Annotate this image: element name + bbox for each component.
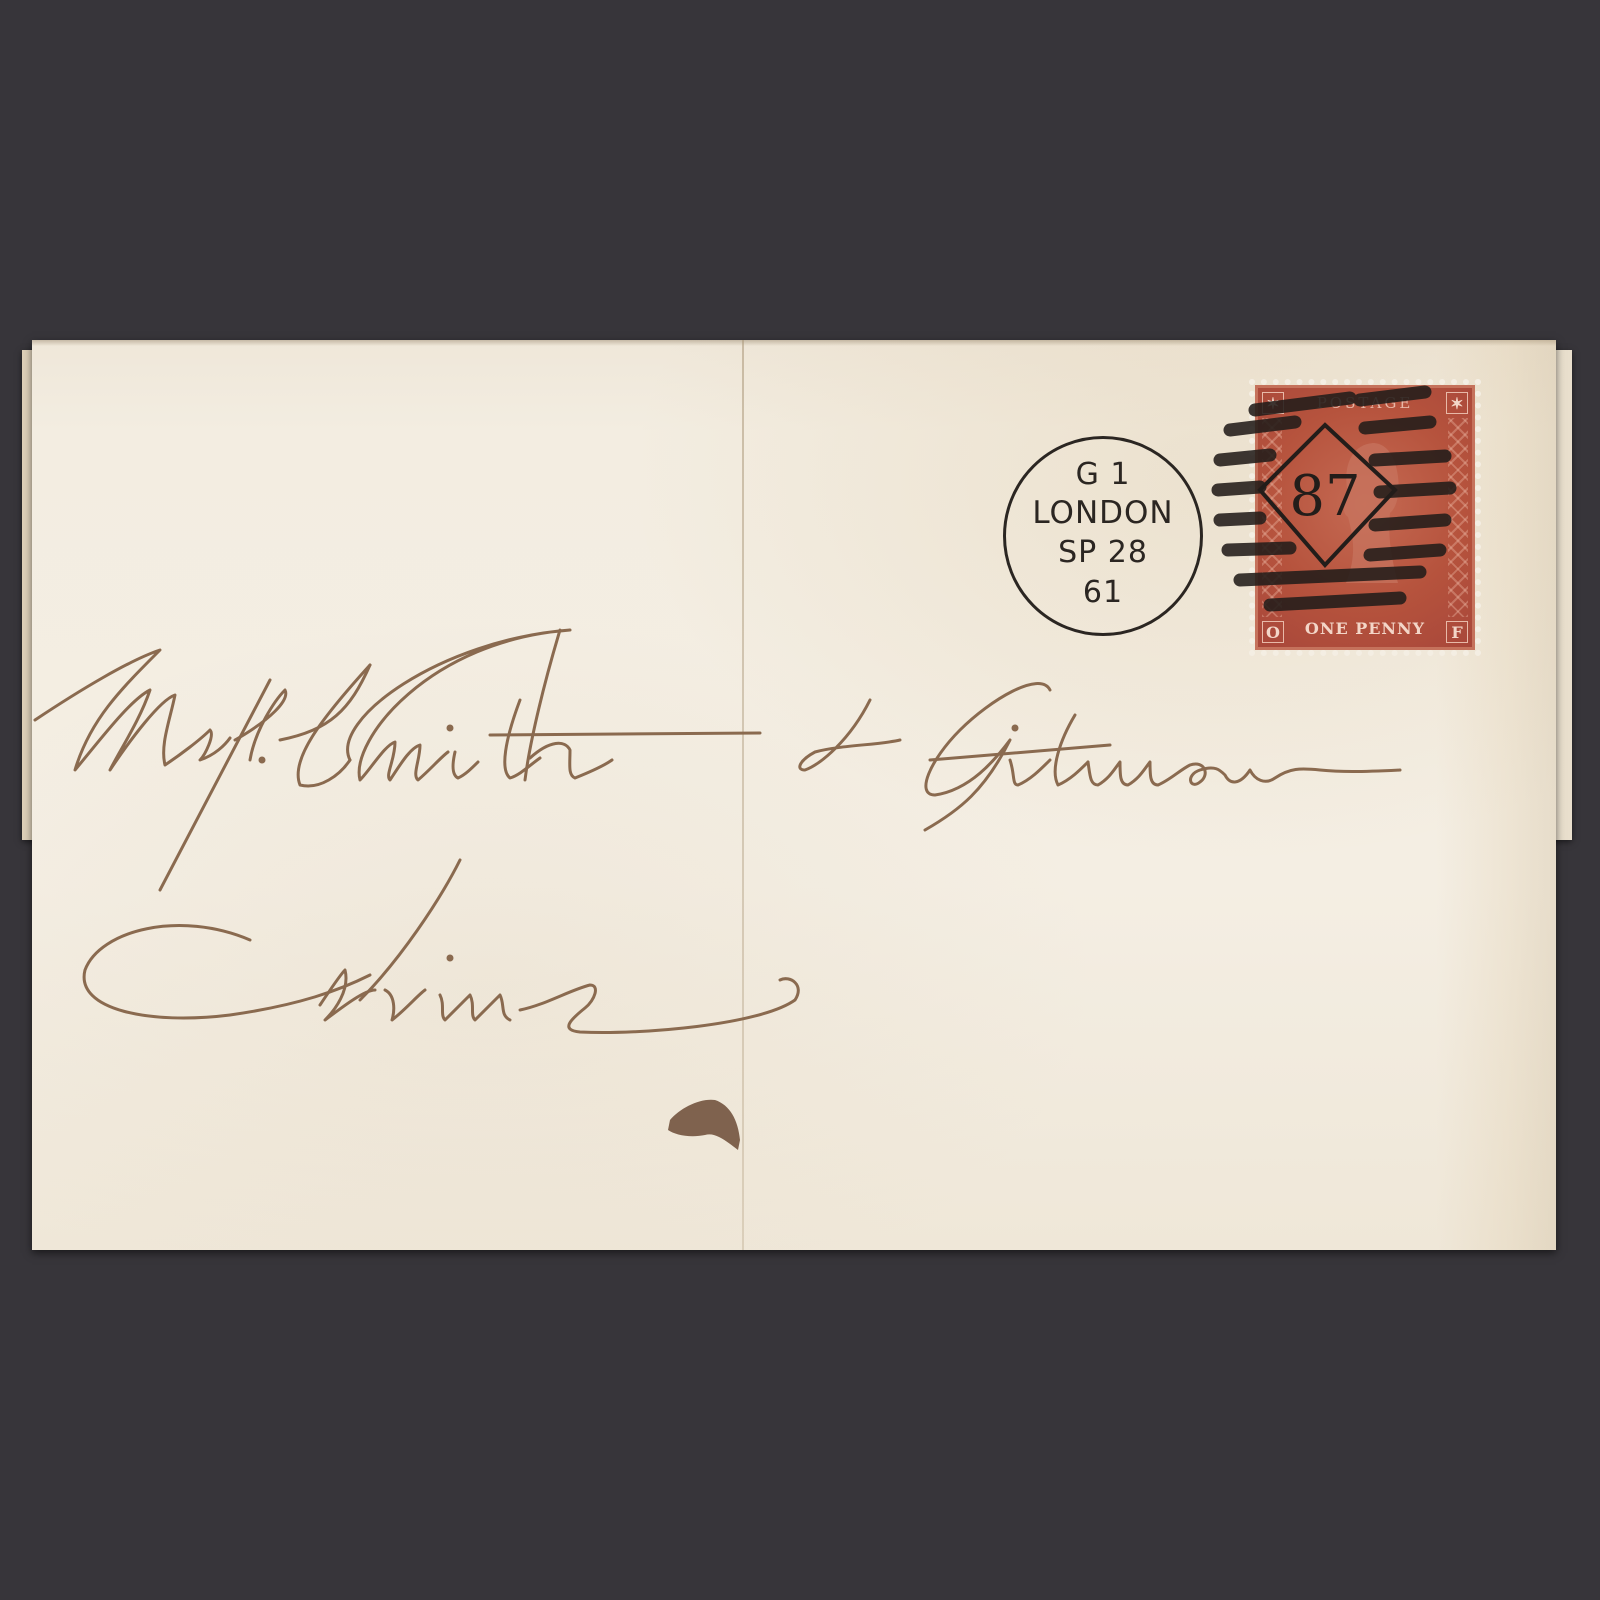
postmark-year: 61 <box>1006 575 1200 610</box>
london-datestamp-postmark: G 1 LONDON SP 28 61 <box>1003 436 1203 636</box>
numeral-87-cancel: 87 <box>1200 360 1480 650</box>
top-fold-edge <box>32 340 1556 346</box>
cancel-number: 87 <box>1289 464 1360 529</box>
postmark-code: G 1 <box>1006 457 1200 492</box>
postmark-city: LONDON <box>1006 495 1200 531</box>
vertical-fold-crease <box>742 340 744 1250</box>
postmark-date: SP 28 <box>1006 535 1200 570</box>
